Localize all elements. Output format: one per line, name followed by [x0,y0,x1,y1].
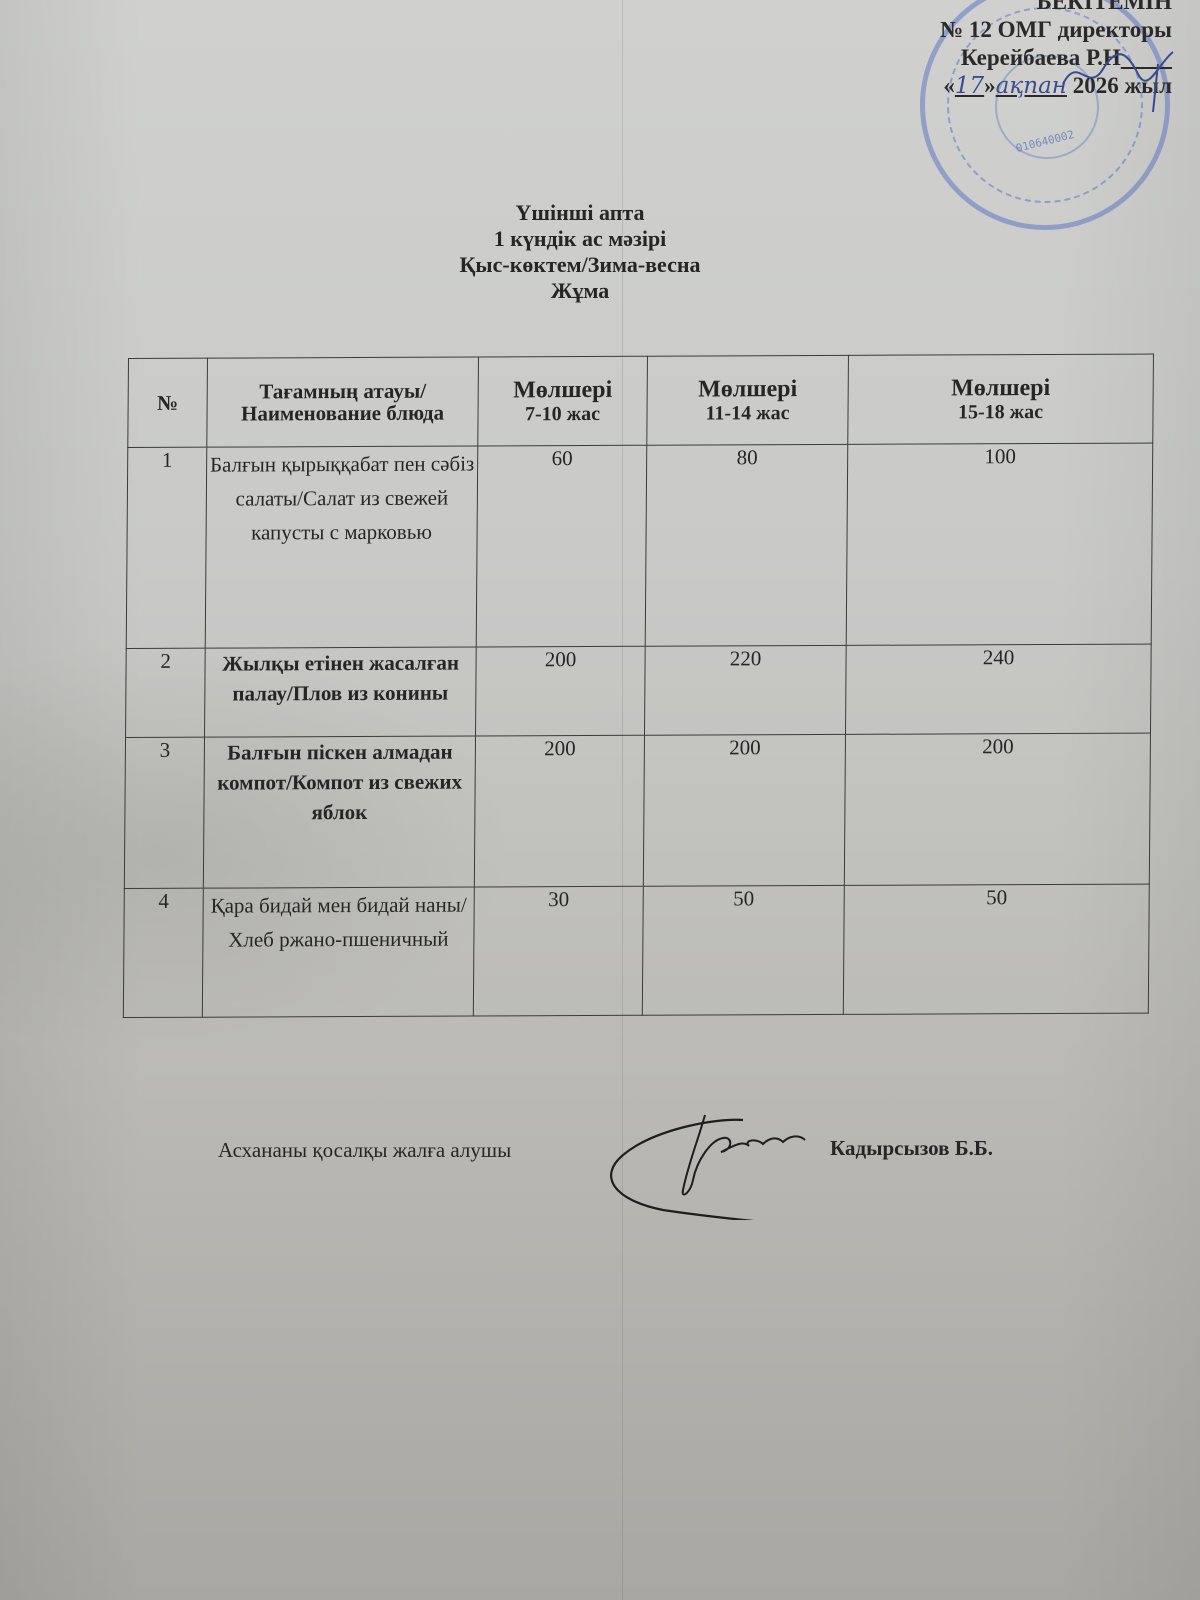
menu-table: № Тағамның атауы/ Наименование блюда Мөл… [123,354,1154,1019]
table-row: 1 Балғын қырыққабат пен сәбіз салаты/Сал… [126,443,1153,648]
header-number: № [128,358,208,447]
approval-block: БЕКІТЕМІН № 12 ОМГ директоры Керейбаева … [940,0,1172,100]
qty-11-14: 200 [643,734,845,886]
row-number: 2 [126,648,206,737]
signatory-name: Кадырсызов Б.Б. [830,1136,993,1161]
qty-7-10: 30 [473,886,643,1016]
approval-position: № 12 ОМГ директоры [940,16,1172,44]
qty-7-10: 200 [474,735,644,887]
row-number: 4 [123,888,203,1017]
table-row: 2 Жылқы етінен жасалған палау/Плов из ко… [126,644,1152,737]
header-qty-11-14: Мөлшері 11-14 жас [647,355,849,445]
dish-name: Жылқы етінен жасалған палау/Плов из кони… [205,647,477,737]
header-qty-7-10: Мөлшері 7-10 жас [478,356,648,446]
signatory-role: Асхананы қосалқы жалға алушы [218,1138,511,1163]
title-menu: 1 күндік ас мәзірі [0,226,1160,252]
signature-icon [593,1110,833,1220]
qty-15-18: 240 [845,644,1151,734]
approval-name: Керейбаева Р.Н [940,44,1172,72]
qty-7-10: 200 [476,646,646,736]
qty-15-18: 50 [843,884,1149,1014]
approval-heading: БЕКІТЕМІН [940,0,1172,16]
table-row: 4 Қара бидай мен бидай наны/Хлеб ржано-п… [123,884,1149,1017]
row-number: 1 [126,447,207,648]
dish-name: Қара бидай мен бидай наны/Хлеб ржано-пше… [202,887,474,1017]
date-year: 2026 жыл [1073,73,1172,98]
signature-row: Асхананы қосалқы жалға алушы Кадырсызов … [218,1130,1078,1220]
qty-11-14: 80 [645,444,848,646]
approval-date: «17»ақпан 2026 жыл [940,72,1172,100]
qty-15-18: 100 [846,443,1153,645]
table-row: 3 Балғын піскен алмадан компот/Компот из… [124,733,1150,888]
qty-7-10: 60 [476,445,647,647]
title-season: Қыс-көктем/Зима-весна [0,252,1160,278]
dish-name: Балғын қырыққабат пен сәбіз салаты/Салат… [205,446,478,648]
header-qty-15-18: Мөлшері 15-18 жас [848,354,1154,444]
row-number: 3 [124,737,204,888]
stamp-code: 010640002 [927,106,1163,177]
qty-11-14: 220 [645,645,847,735]
dish-name: Балғын піскен алмадан компот/Компот из с… [203,736,475,888]
qty-15-18: 200 [844,733,1150,885]
title-day: Жұма [0,278,1160,304]
director-signature [1121,45,1172,71]
header-dish-name: Тағамның атауы/ Наименование блюда [207,357,479,447]
date-month: ақпан [996,73,1067,99]
document-title: Үшінші апта 1 күндік ас мәзірі Қыс-көкте… [0,200,1160,304]
date-day: 17 [955,73,984,99]
table-header-row: № Тағамның атауы/ Наименование блюда Мөл… [128,354,1154,447]
title-week: Үшінші апта [0,200,1160,226]
qty-11-14: 50 [642,885,844,1015]
